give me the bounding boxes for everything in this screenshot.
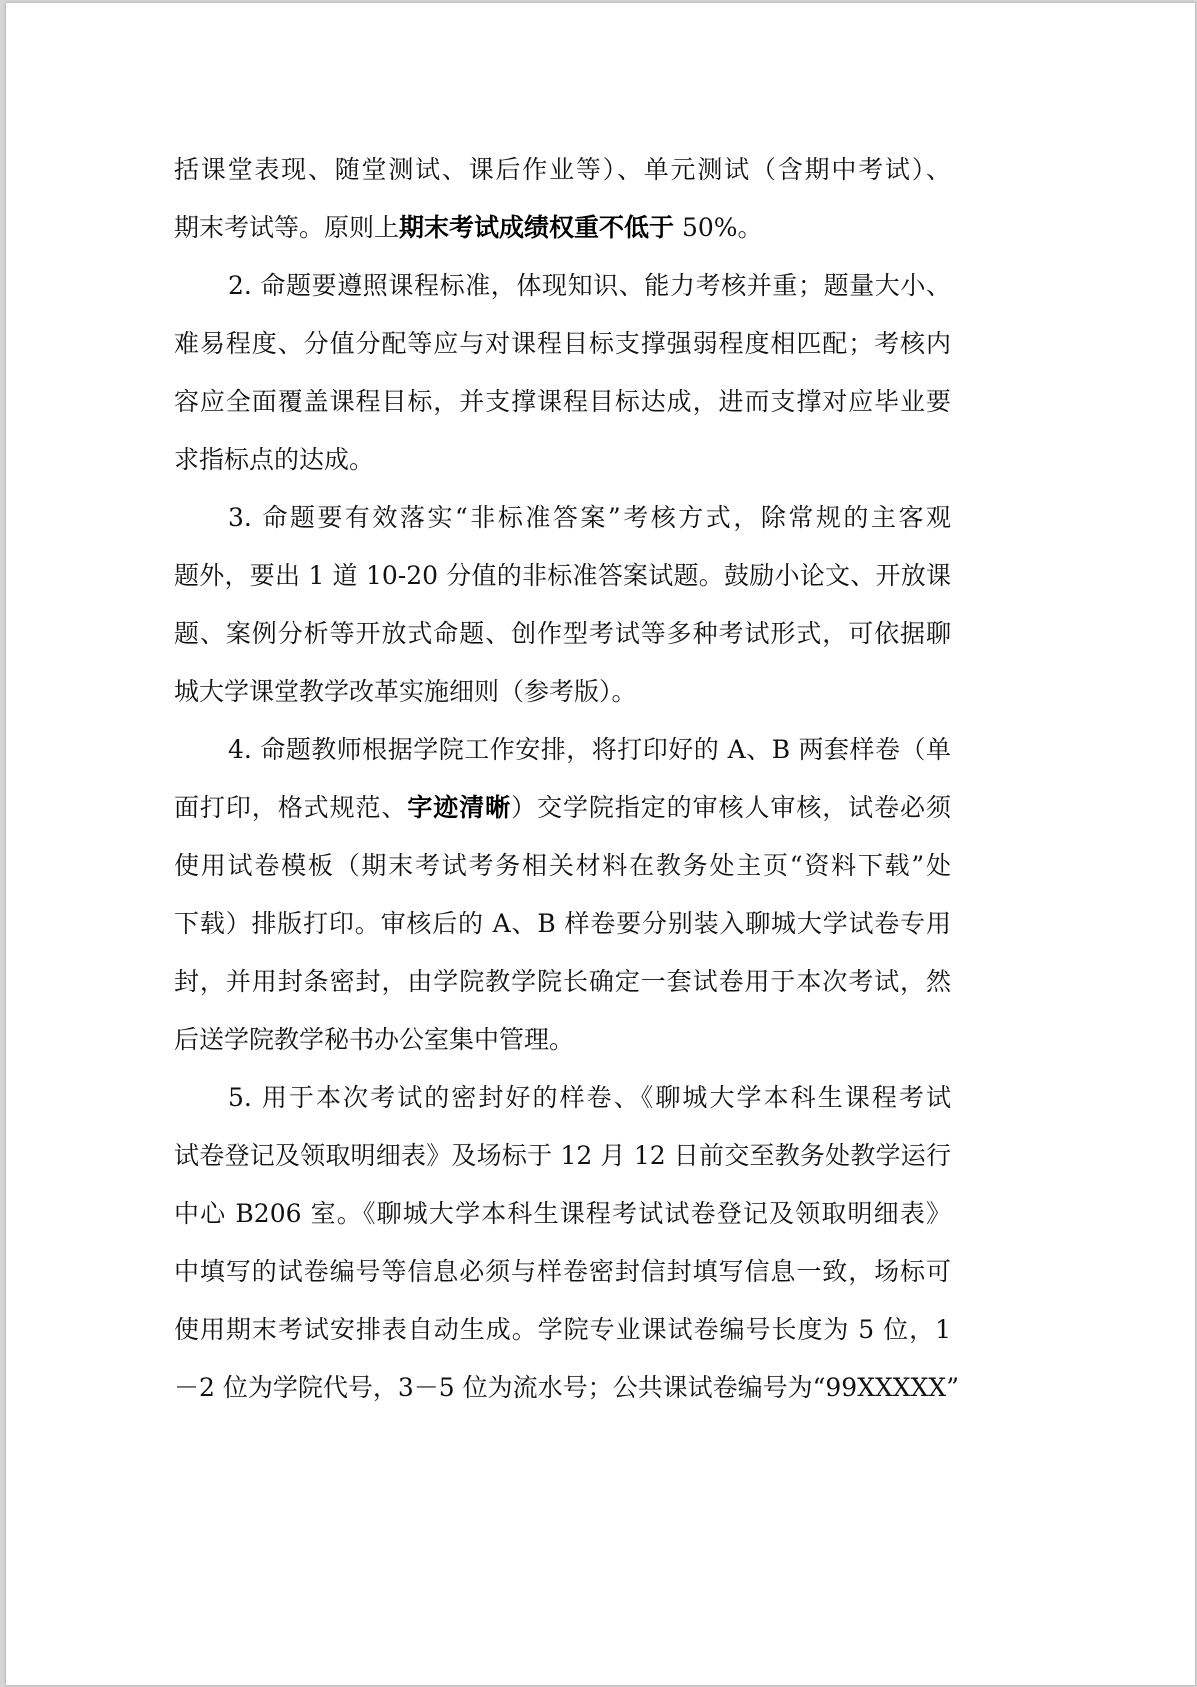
body-text: 题外，要出 1 道 10-20 分值的非标准答案试题。鼓励小论文、开放课	[174, 561, 951, 590]
body-text: 求指标点的达成。	[174, 445, 374, 474]
bold-text: 字迹清晰	[407, 793, 511, 822]
body-text: 3. 命题要有效落实“非标准答案”考核方式，除常规的主客观	[228, 503, 951, 532]
paragraph-p4: 4. 命题教师根据学院工作安排，将打印好的 A、B 两套样卷（单面打印，格式规范…	[174, 721, 951, 1069]
text-line: 求指标点的达成。	[174, 431, 951, 489]
body-text: ）交学院指定的审核人审核，试卷必须	[511, 793, 951, 822]
text-line: 题、案例分析等开放式命题、创作型考试等多种考试形式，可依据聊	[174, 605, 951, 663]
body-text: 4. 命题教师根据学院工作安排，将打印好的 A、B 两套样卷（单	[228, 735, 951, 764]
text-line: 4. 命题教师根据学院工作安排，将打印好的 A、B 两套样卷（单	[174, 721, 951, 779]
body-text: 容应全面覆盖课程目标，并支撑课程目标达成，进而支撑对应毕业要	[174, 387, 951, 416]
body-text: 50%。	[674, 213, 763, 242]
body-text: 5. 用于本次考试的密封好的样卷、《聊城大学本科生课程考试	[228, 1083, 951, 1112]
body-text: 城大学课堂教学改革实施细则（参考版）。	[174, 677, 637, 706]
text-line: 3. 命题要有效落实“非标准答案”考核方式，除常规的主客观	[174, 489, 951, 547]
document-body: 括课堂表现、随堂测试、课后作业等）、单元测试（含期中考试）、期末考试等。原则上期…	[174, 141, 951, 1417]
text-line: 期末考试等。原则上期末考试成绩权重不低于 50%。	[174, 199, 951, 257]
body-text: 下载）排版打印。审核后的 A、B 样卷要分别装入聊城大学试卷专用	[174, 909, 951, 938]
text-line: 难易程度、分值分配等应与对课程目标支撑强弱程度相匹配；考核内	[174, 315, 951, 373]
text-line: 使用期末考试安排表自动生成。学院专业课试卷编号长度为 5 位，1	[174, 1301, 951, 1359]
body-text: 2. 命题要遵照课程标准，体现知识、能力考核并重；题量大小、	[228, 271, 951, 300]
body-text: 期末考试等。原则上	[174, 213, 399, 242]
body-text: －2 位为学院代号，3－5 位为流水号；公共课试卷编号为“99XXXXX”	[174, 1373, 959, 1402]
paragraph-p5: 5. 用于本次考试的密封好的样卷、《聊城大学本科生课程考试试卷登记及领取明细表》…	[174, 1069, 951, 1417]
paragraph-p1-continued: 括课堂表现、随堂测试、课后作业等）、单元测试（含期中考试）、期末考试等。原则上期…	[174, 141, 951, 257]
text-line: 题外，要出 1 道 10-20 分值的非标准答案试题。鼓励小论文、开放课	[174, 547, 951, 605]
text-line: 封，并用封条密封，由学院教学院长确定一套试卷用于本次考试，然	[174, 953, 951, 1011]
body-text: 括课堂表现、随堂测试、课后作业等）、单元测试（含期中考试）、	[174, 155, 951, 184]
body-text: 使用期末考试安排表自动生成。学院专业课试卷编号长度为 5 位，1	[174, 1315, 951, 1344]
document-page: 括课堂表现、随堂测试、课后作业等）、单元测试（含期中考试）、期末考试等。原则上期…	[6, 3, 1195, 1685]
text-line: 容应全面覆盖课程目标，并支撑课程目标达成，进而支撑对应毕业要	[174, 373, 951, 431]
text-line: 括课堂表现、随堂测试、课后作业等）、单元测试（含期中考试）、	[174, 141, 951, 199]
body-text: 试卷登记及领取明细表》及场标于 12 月 12 日前交至教务处教学运行	[174, 1141, 951, 1170]
body-text: 中心 B206 室。《聊城大学本科生课程考试试卷登记及领取明细表》	[174, 1199, 951, 1228]
text-line: 5. 用于本次考试的密封好的样卷、《聊城大学本科生课程考试	[174, 1069, 951, 1127]
paragraph-p2: 2. 命题要遵照课程标准，体现知识、能力考核并重；题量大小、难易程度、分值分配等…	[174, 257, 951, 489]
body-text: 难易程度、分值分配等应与对课程目标支撑强弱程度相匹配；考核内	[174, 329, 951, 358]
text-line: 后送学院教学秘书办公室集中管理。	[174, 1011, 951, 1069]
body-text: 封，并用封条密封，由学院教学院长确定一套试卷用于本次考试，然	[174, 967, 951, 996]
bold-text: 期末考试成绩权重不低于	[399, 213, 674, 242]
body-text: 题、案例分析等开放式命题、创作型考试等多种考试形式，可依据聊	[174, 619, 951, 648]
body-text: 后送学院教学秘书办公室集中管理。	[174, 1025, 574, 1054]
text-line: 面打印，格式规范、字迹清晰）交学院指定的审核人审核，试卷必须	[174, 779, 951, 837]
body-text: 中填写的试卷编号等信息必须与样卷密封信封填写信息一致，场标可	[174, 1257, 951, 1286]
body-text: 使用试卷模板（期末考试考务相关材料在教务处主页“资料下载”处	[174, 851, 951, 880]
text-line: 城大学课堂教学改革实施细则（参考版）。	[174, 663, 951, 721]
text-line: 下载）排版打印。审核后的 A、B 样卷要分别装入聊城大学试卷专用	[174, 895, 951, 953]
text-line: 2. 命题要遵照课程标准，体现知识、能力考核并重；题量大小、	[174, 257, 951, 315]
text-line: 中心 B206 室。《聊城大学本科生课程考试试卷登记及领取明细表》	[174, 1185, 951, 1243]
paragraph-p3: 3. 命题要有效落实“非标准答案”考核方式，除常规的主客观题外，要出 1 道 1…	[174, 489, 951, 721]
text-line: 使用试卷模板（期末考试考务相关材料在教务处主页“资料下载”处	[174, 837, 951, 895]
text-line: －2 位为学院代号，3－5 位为流水号；公共课试卷编号为“99XXXXX”	[174, 1359, 951, 1417]
body-text: 面打印，格式规范、	[174, 793, 407, 822]
text-line: 试卷登记及领取明细表》及场标于 12 月 12 日前交至教务处教学运行	[174, 1127, 951, 1185]
text-line: 中填写的试卷编号等信息必须与样卷密封信封填写信息一致，场标可	[174, 1243, 951, 1301]
